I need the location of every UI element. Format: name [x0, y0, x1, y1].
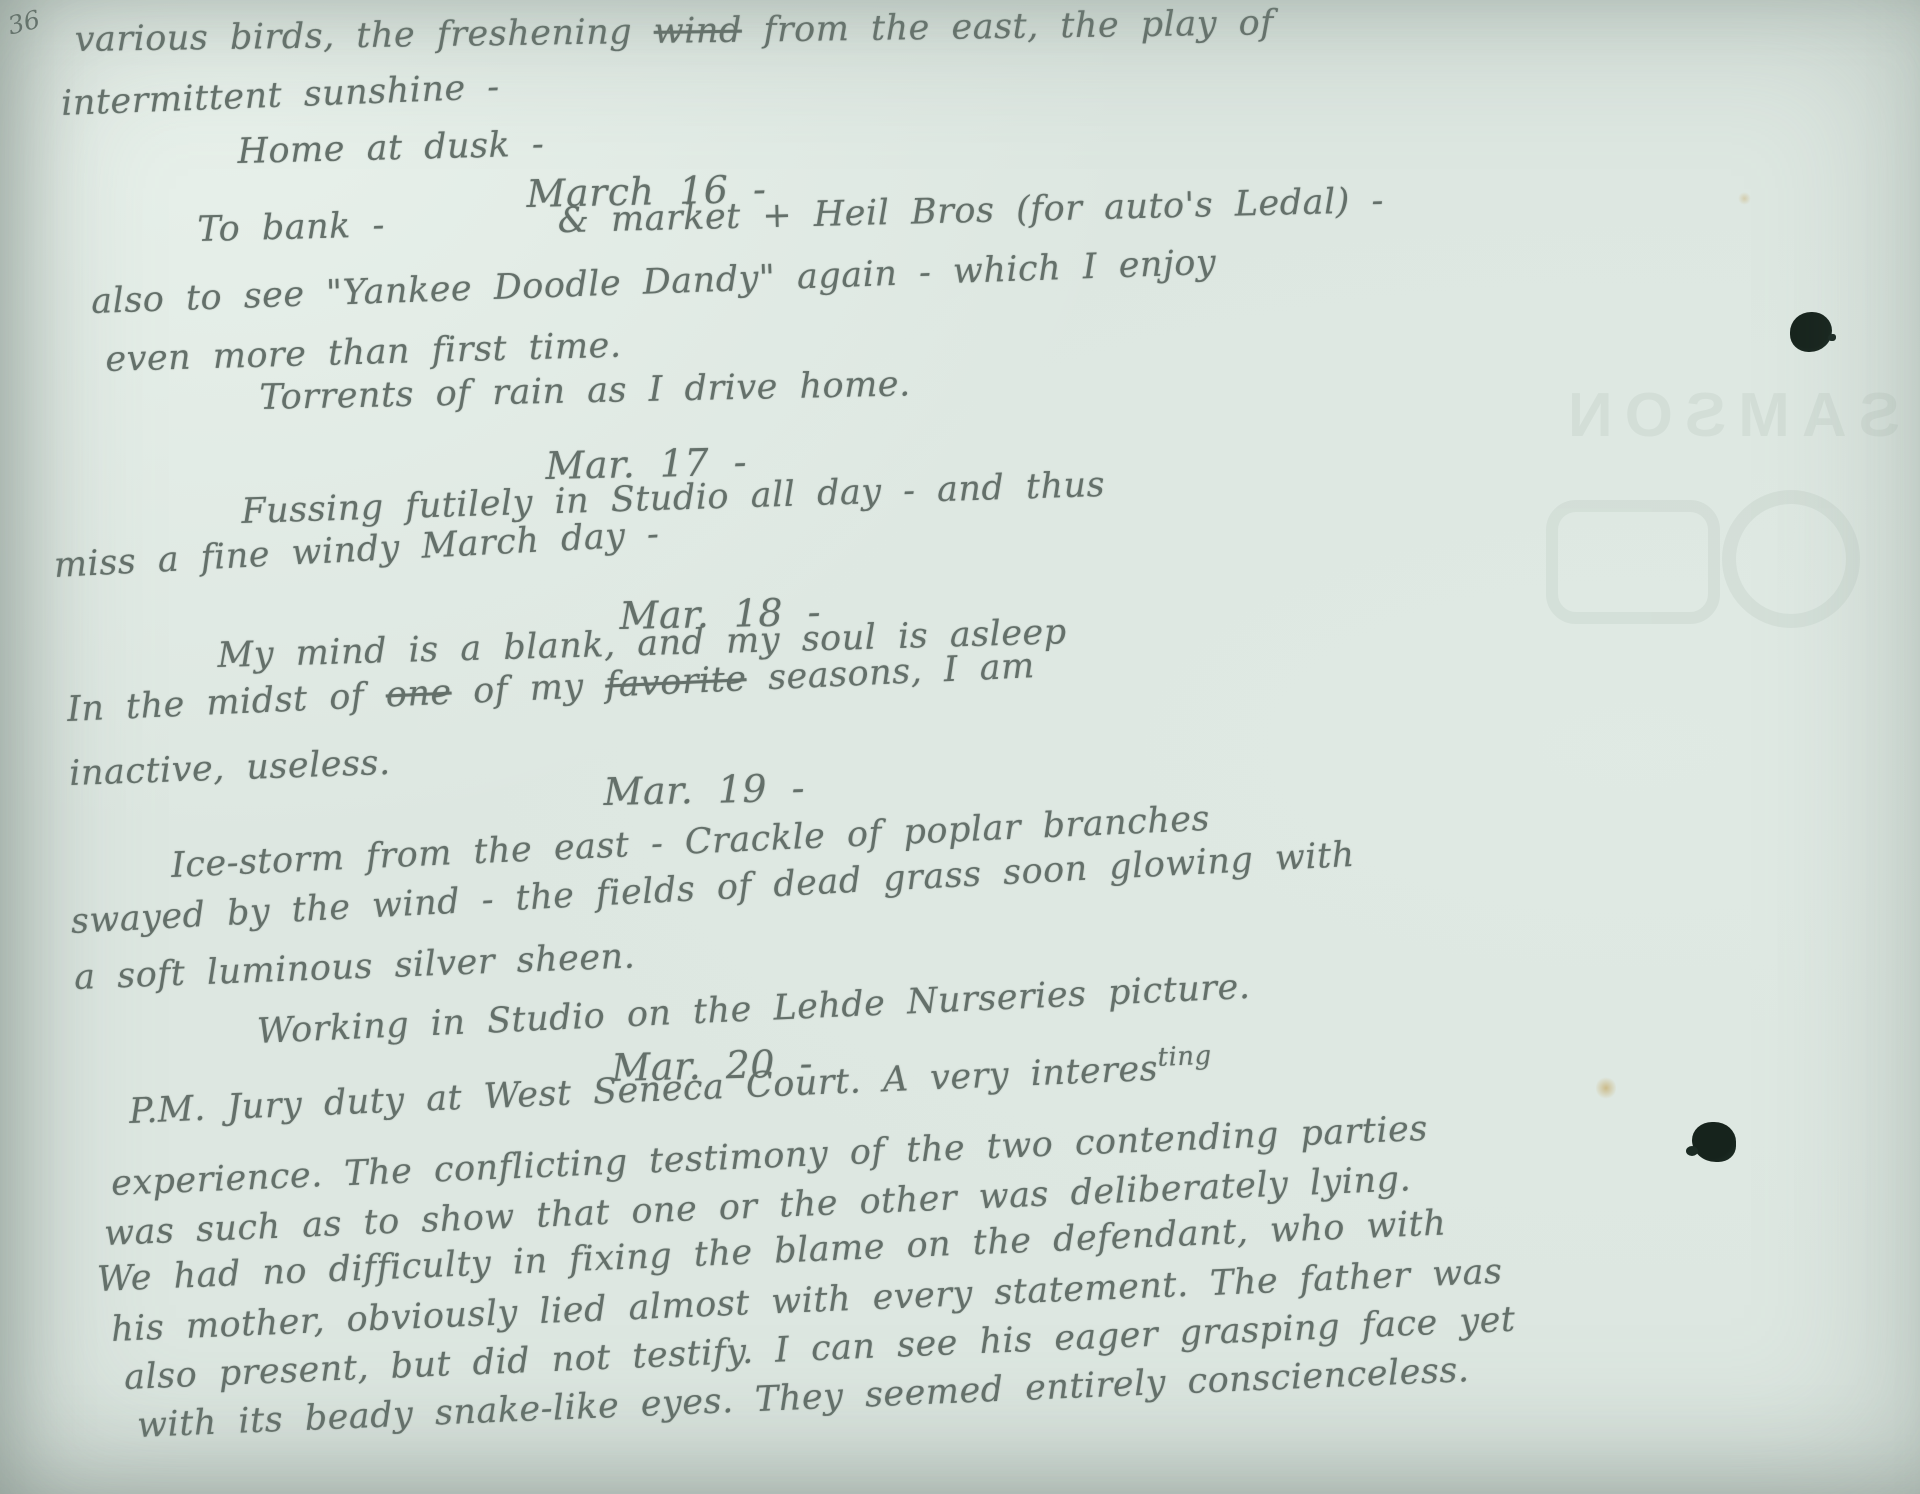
bleed-through-text: SAMSON	[1400, 380, 1900, 700]
diary-line: intermittent sunshine -	[60, 67, 500, 124]
ink-blot	[1790, 312, 1832, 352]
diary-line: a soft luminous silver sheen.	[73, 936, 635, 998]
diary-line: inactive, useless.	[69, 743, 392, 794]
line-text: various birds, the freshening	[74, 12, 654, 60]
bleed-through-word: SAMSON	[1400, 380, 1900, 451]
stain	[1596, 1076, 1616, 1100]
entry-date-heading: Mar. 19 -	[603, 766, 805, 814]
stain	[1738, 192, 1751, 205]
diary-line: Home at dusk -	[237, 125, 545, 172]
diary-line: also to see "Yankee Doodle Dandy" again …	[91, 243, 1217, 322]
page-number: 36	[5, 5, 43, 41]
bleed-through-shape	[1546, 500, 1720, 624]
struck-word: one	[385, 673, 453, 716]
superscript-text: ting	[1157, 1041, 1212, 1073]
struck-word: favorite	[604, 659, 747, 705]
line-text: of my	[451, 666, 607, 713]
diary-page: SAMSON 36 various birds, the freshening …	[0, 0, 1920, 1494]
ink-blot	[1692, 1122, 1736, 1162]
struck-word: wind	[653, 11, 742, 52]
bleed-through-shape	[1722, 490, 1860, 628]
diary-line: various birds, the freshening wind from …	[74, 3, 1273, 60]
line-text: from the east, the play of	[742, 3, 1274, 50]
line-text: In the midst of	[66, 676, 387, 730]
diary-line: To bank - & market + Heil Bros (for auto…	[197, 181, 1384, 250]
